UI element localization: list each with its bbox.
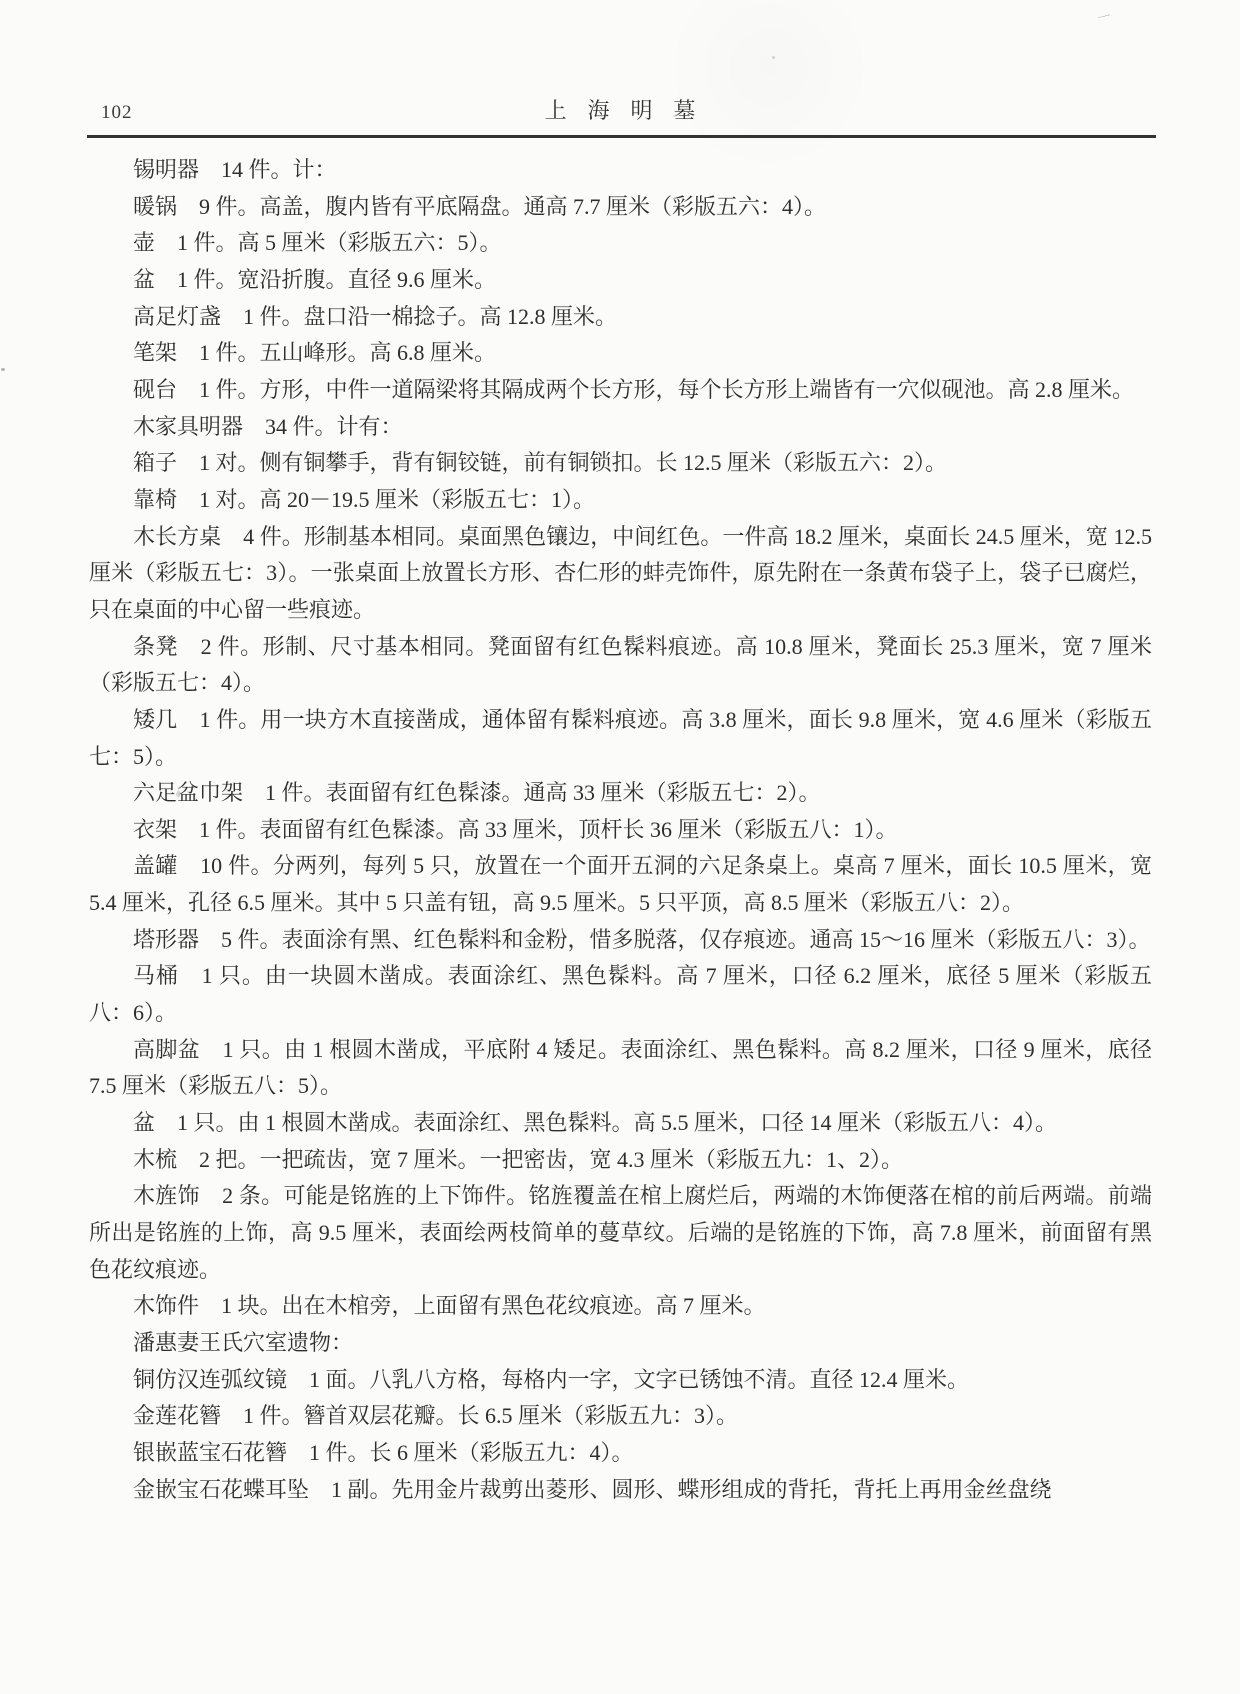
paragraph: 潘惠妻王氏穴室遗物： bbox=[89, 1325, 1152, 1362]
paragraph: 衣架 1 件。表面留有红色髹漆。高 33 厘米，顶杆长 36 厘米（彩版五八：1… bbox=[89, 812, 1152, 849]
paragraph: 盖罐 10 件。分两列，每列 5 只，放置在一个面开五洞的六足条桌上。桌高 7 … bbox=[89, 848, 1152, 921]
paragraph: 暖锅 9 件。高盖，腹内皆有平底隔盘。通高 7.7 厘米（彩版五六：4）。 bbox=[89, 189, 1152, 226]
scan-artifact bbox=[1, 368, 5, 371]
header-rule bbox=[87, 135, 1156, 138]
paragraph: 木梳 2 把。一把疏齿，宽 7 厘米。一把密齿，宽 4.3 厘米（彩版五九：1、… bbox=[89, 1142, 1152, 1179]
paragraph: 高脚盆 1 只。由 1 根圆木凿成，平底附 4 矮足。表面涂红、黑色髹料。高 8… bbox=[89, 1032, 1152, 1105]
paragraph: 金嵌宝石花蝶耳坠 1 副。先用金片裁剪出菱形、圆形、蝶形组成的背托，背托上再用金… bbox=[89, 1472, 1152, 1509]
paragraph: 木家具明器 34 件。计有： bbox=[89, 409, 1152, 446]
paragraph: 箱子 1 对。侧有铜攀手，背有铜铰链，前有铜锁扣。长 12.5 厘米（彩版五六：… bbox=[89, 445, 1152, 482]
page-body: 锡明器 14 件。计：暖锅 9 件。高盖，腹内皆有平底隔盘。通高 7.7 厘米（… bbox=[89, 152, 1152, 1508]
paragraph: 锡明器 14 件。计： bbox=[89, 152, 1152, 189]
scan-artifact bbox=[772, 56, 775, 59]
paragraph-list: 锡明器 14 件。计：暖锅 9 件。高盖，腹内皆有平底隔盘。通高 7.7 厘米（… bbox=[89, 152, 1152, 1508]
paragraph: 砚台 1 件。方形，中件一道隔梁将其隔成两个长方形，每个长方形上端皆有一穴似砚池… bbox=[89, 372, 1152, 409]
page-title: 上海明墓 bbox=[0, 94, 1240, 125]
scanned-book-page: ﹏ 102 上海明墓 锡明器 14 件。计：暖锅 9 件。高盖，腹内皆有平底隔盘… bbox=[0, 0, 1240, 1694]
paragraph: 六足盆巾架 1 件。表面留有红色髹漆。通高 33 厘米（彩版五七：2）。 bbox=[89, 775, 1152, 812]
scan-artifact: ﹏ bbox=[1095, 2, 1110, 21]
paragraph: 高足灯盏 1 件。盘口沿一棉捻子。高 12.8 厘米。 bbox=[89, 299, 1152, 336]
paragraph: 木旌饰 2 条。可能是铭旌的上下饰件。铭旌覆盖在棺上腐烂后，两端的木饰便落在棺的… bbox=[89, 1178, 1152, 1288]
paragraph: 塔形器 5 件。表面涂有黑、红色髹料和金粉，惜多脱落，仅存痕迹。通高 15～16… bbox=[89, 922, 1152, 959]
paragraph: 木长方桌 4 件。形制基本相同。桌面黑色镶边，中间红色。一件高 18.2 厘米，… bbox=[89, 519, 1152, 629]
paragraph: 盆 1 件。宽沿折腹。直径 9.6 厘米。 bbox=[89, 262, 1152, 299]
paragraph: 条凳 2 件。形制、尺寸基本相同。凳面留有红色髹料痕迹。高 10.8 厘米，凳面… bbox=[89, 629, 1152, 702]
paragraph: 矮几 1 件。用一块方木直接凿成，通体留有髹料痕迹。高 3.8 厘米，面长 9.… bbox=[89, 702, 1152, 775]
paragraph: 壶 1 件。高 5 厘米（彩版五六：5）。 bbox=[89, 225, 1152, 262]
paragraph: 金莲花簪 1 件。簪首双层花瓣。长 6.5 厘米（彩版五九：3）。 bbox=[89, 1398, 1152, 1435]
paragraph: 铜仿汉连弧纹镜 1 面。八乳八方格，每格内一字，文字已锈蚀不清。直径 12.4 … bbox=[89, 1362, 1152, 1399]
page-header: 102 上海明墓 bbox=[0, 94, 1240, 138]
paragraph: 银嵌蓝宝石花簪 1 件。长 6 厘米（彩版五九：4）。 bbox=[89, 1435, 1152, 1472]
paragraph: 马桶 1 只。由一块圆木凿成。表面涂红、黑色髹料。高 7 厘米，口径 6.2 厘… bbox=[89, 958, 1152, 1031]
paragraph: 靠椅 1 对。高 20－19.5 厘米（彩版五七：1）。 bbox=[89, 482, 1152, 519]
paragraph: 木饰件 1 块。出在木棺旁，上面留有黑色花纹痕迹。高 7 厘米。 bbox=[89, 1288, 1152, 1325]
paragraph: 笔架 1 件。五山峰形。高 6.8 厘米。 bbox=[89, 335, 1152, 372]
paragraph: 盆 1 只。由 1 根圆木凿成。表面涂红、黑色髹料。高 5.5 厘米，口径 14… bbox=[89, 1105, 1152, 1142]
